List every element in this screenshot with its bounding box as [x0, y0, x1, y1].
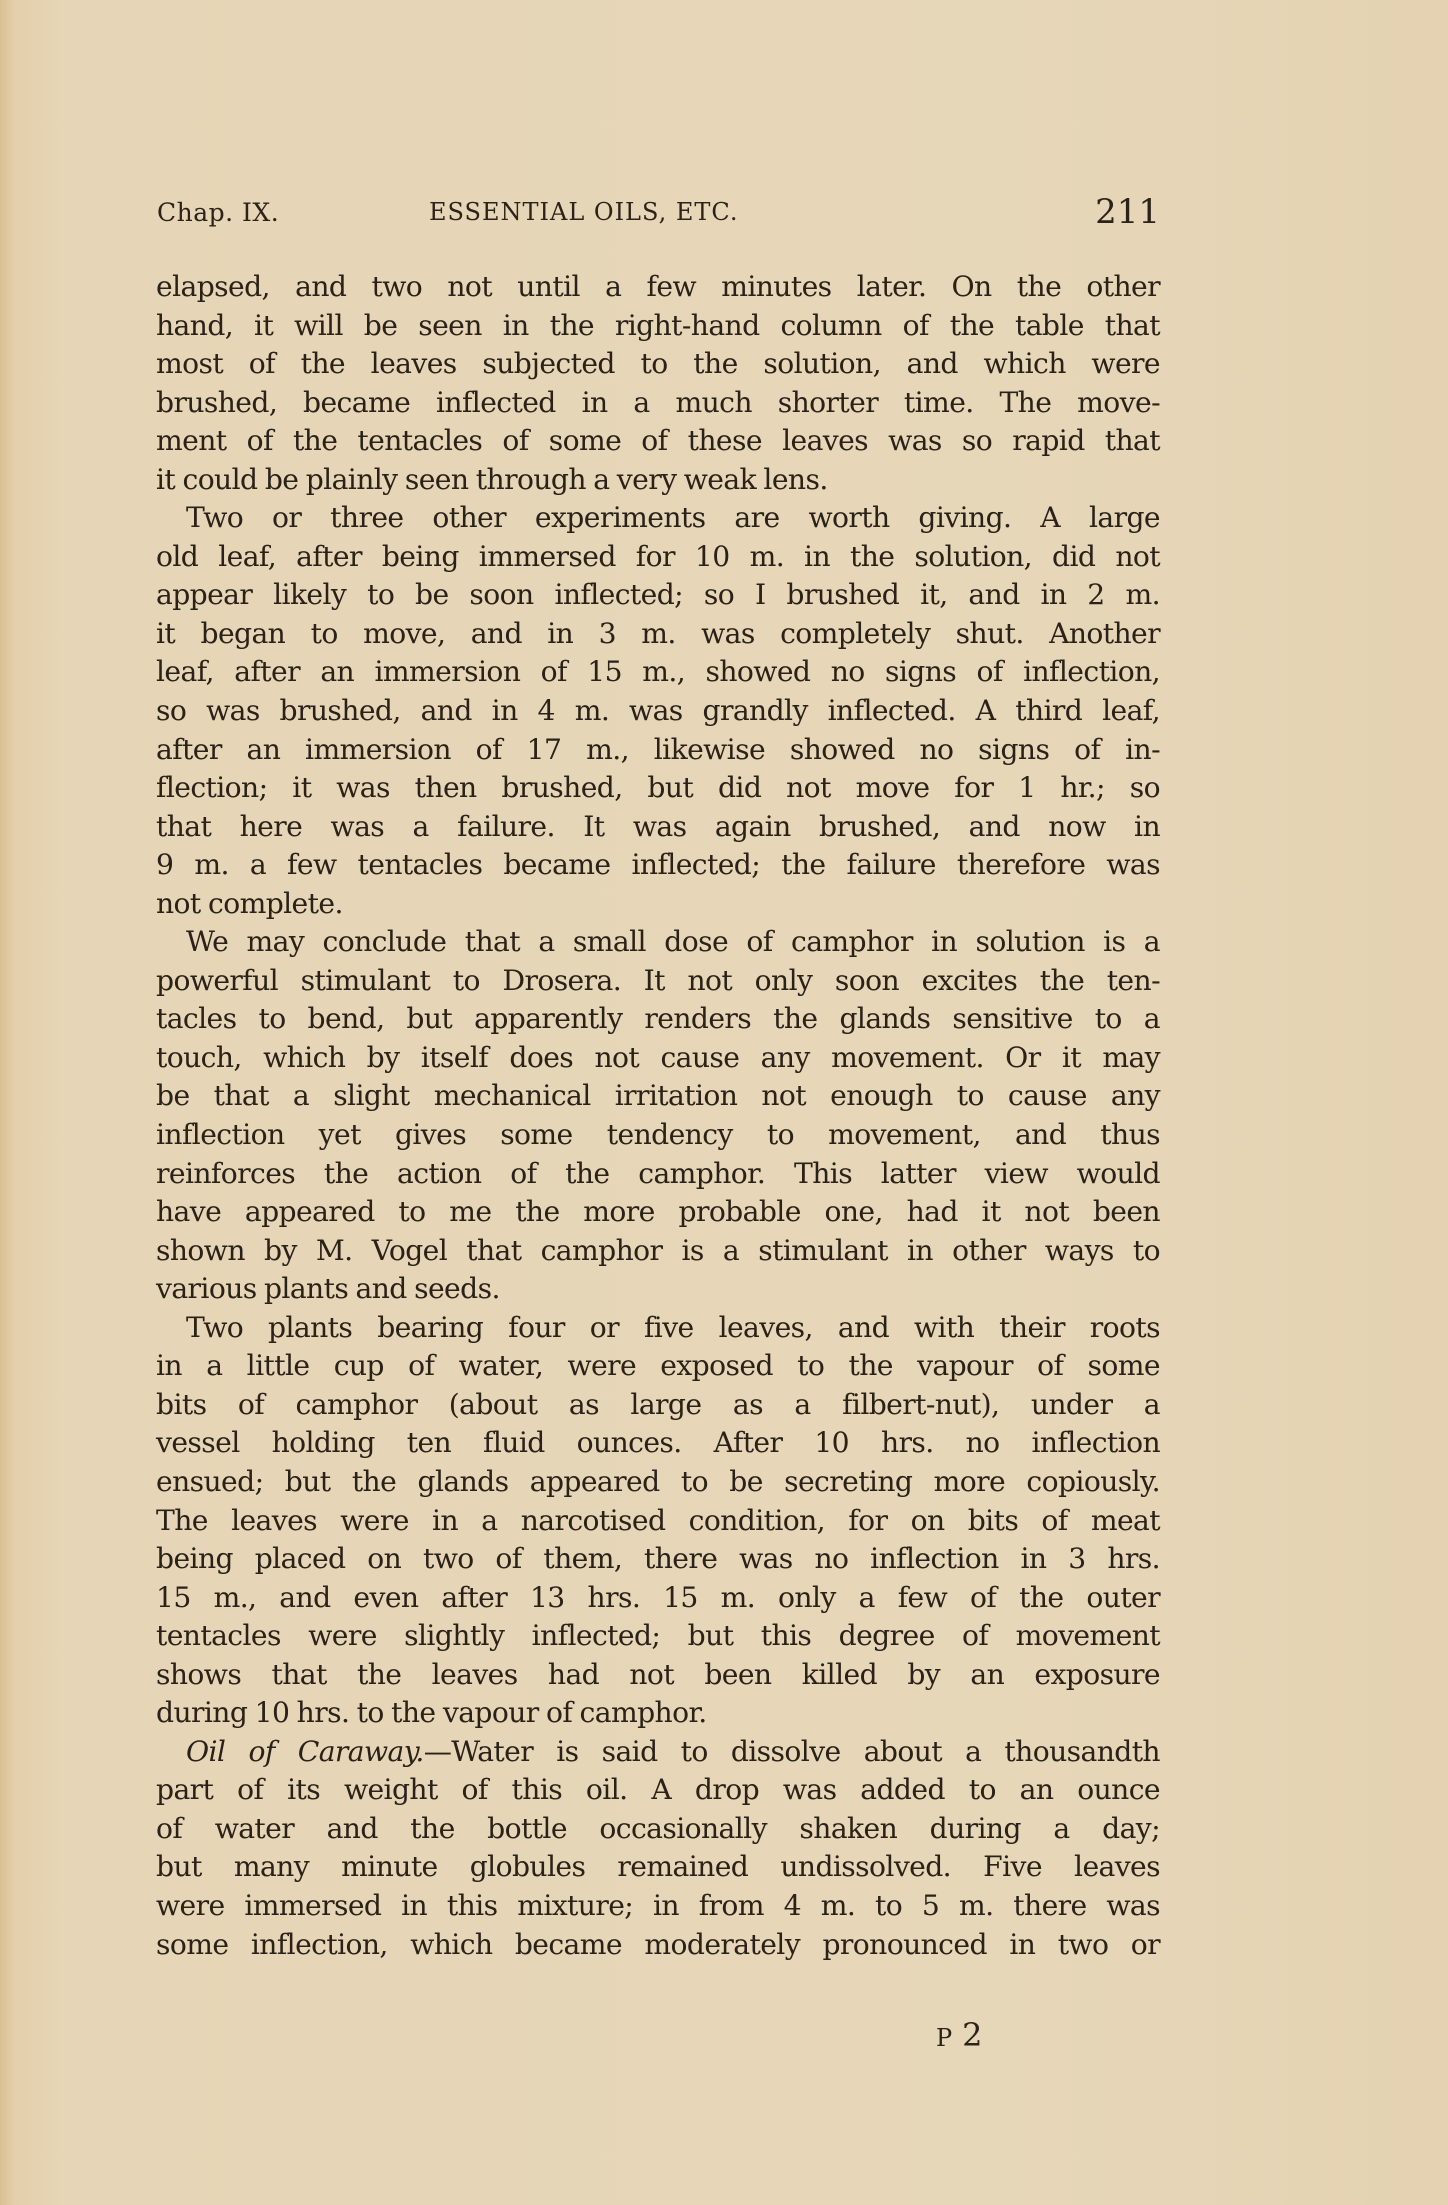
text-line: hand, it will be seen in the right-hand … — [156, 307, 1160, 346]
text-line: Oil of Caraway.—Water is said to dissolv… — [156, 1733, 1160, 1772]
text-line: of water and the bottle occasionally sha… — [156, 1810, 1160, 1849]
text-line: vessel holding ten fluid ounces. After 1… — [156, 1424, 1160, 1463]
text-line: The leaves were in a narcotised conditio… — [156, 1502, 1160, 1541]
text-line: it could be plainly seen through a very … — [156, 461, 1160, 500]
chapter-number: IX. — [242, 198, 279, 227]
text-line: tentacles were slightly inflected; but t… — [156, 1617, 1160, 1656]
text-line: appear likely to be soon inflected; so I… — [156, 576, 1160, 615]
text-line: bits of camphor (about as large as a fil… — [156, 1386, 1160, 1425]
running-head: Chap. IX. ESSENTIAL OILS, ETC. 211 — [157, 192, 1160, 232]
text-line: flection; it was then brushed, but did n… — [156, 769, 1160, 808]
text-line: 9 m. a few tentacles became inflected; t… — [156, 846, 1160, 885]
text-line: shown by M. Vogel that camphor is a stim… — [156, 1232, 1160, 1271]
body-text: elapsed, and two not until a few minutes… — [156, 268, 1160, 1964]
text-line: elapsed, and two not until a few minutes… — [156, 268, 1160, 307]
text-line: ensued; but the glands appeared to be se… — [156, 1463, 1160, 1502]
text-line: be that a slight mechanical irritation n… — [156, 1077, 1160, 1116]
text-line: so was brushed, and in 4 m. was grandly … — [156, 692, 1160, 731]
text-line: tacles to bend, but apparently renders t… — [156, 1000, 1160, 1039]
signature-letter: P — [936, 2024, 962, 2052]
paragraph: We may conclude that a small dose of cam… — [156, 923, 1160, 1308]
text-line: touch, which by itself does not cause an… — [156, 1039, 1160, 1078]
chapter-prefix: Chap. — [157, 198, 234, 227]
text-line: old leaf, after being immersed for 10 m.… — [156, 538, 1160, 577]
text-line: after an immersion of 17 m., likewise sh… — [156, 731, 1160, 770]
text-span: —Water is said to dissolve about a thous… — [424, 1735, 1160, 1768]
page-number: 211 — [1095, 192, 1160, 232]
text-line: Two or three other experiments are worth… — [156, 499, 1160, 538]
text-line: inflection yet gives some tendency to mo… — [156, 1116, 1160, 1155]
text-line: reinforces the action of the camphor. Th… — [156, 1155, 1160, 1194]
text-line: ment of the tentacles of some of these l… — [156, 422, 1160, 461]
text-line: it began to move, and in 3 m. was comple… — [156, 615, 1160, 654]
text-line: 15 m., and even after 13 hrs. 15 m. only… — [156, 1579, 1160, 1618]
paragraph: elapsed, and two not until a few minutes… — [156, 268, 1160, 499]
paragraph: Oil of Caraway.—Water is said to dissolv… — [156, 1733, 1160, 1964]
text-line: powerful stimulant to Drosera. It not on… — [156, 962, 1160, 1001]
text-line: some inflection, which became moderately… — [156, 1926, 1160, 1965]
text-line: were immersed in this mixture; in from 4… — [156, 1887, 1160, 1926]
text-line: most of the leaves subjected to the solu… — [156, 345, 1160, 384]
text-line: brushed, became inflected in a much shor… — [156, 384, 1160, 423]
text-line: but many minute globules remained undiss… — [156, 1848, 1160, 1887]
text-line: shows that the leaves had not been kille… — [156, 1656, 1160, 1695]
running-title: ESSENTIAL OILS, ETC. — [429, 198, 739, 226]
chapter-label: Chap. IX. — [157, 198, 279, 227]
text-line: leaf, after an immersion of 15 m., showe… — [156, 653, 1160, 692]
section-heading-italic: Oil of Caraway. — [186, 1735, 424, 1768]
paragraph: Two or three other experiments are worth… — [156, 499, 1160, 923]
signature-number: 2 — [962, 2016, 992, 2054]
text-line: in a little cup of water, were exposed t… — [156, 1347, 1160, 1386]
text-line: during 10 hrs. to the vapour of camphor. — [156, 1694, 1160, 1733]
text-line: being placed on two of them, there was n… — [156, 1540, 1160, 1579]
paragraph: Two plants bearing four or five leaves, … — [156, 1309, 1160, 1733]
text-line: not complete. — [156, 885, 1160, 924]
text-line: We may conclude that a small dose of cam… — [156, 923, 1160, 962]
text-line: part of its weight of this oil. A drop w… — [156, 1771, 1160, 1810]
text-line: various plants and seeds. — [156, 1270, 1160, 1309]
text-line: that here was a failure. It was again br… — [156, 808, 1160, 847]
signature-mark: P2 — [936, 2016, 993, 2054]
text-line: have appeared to me the more probable on… — [156, 1193, 1160, 1232]
text-line: Two plants bearing four or five leaves, … — [156, 1309, 1160, 1348]
